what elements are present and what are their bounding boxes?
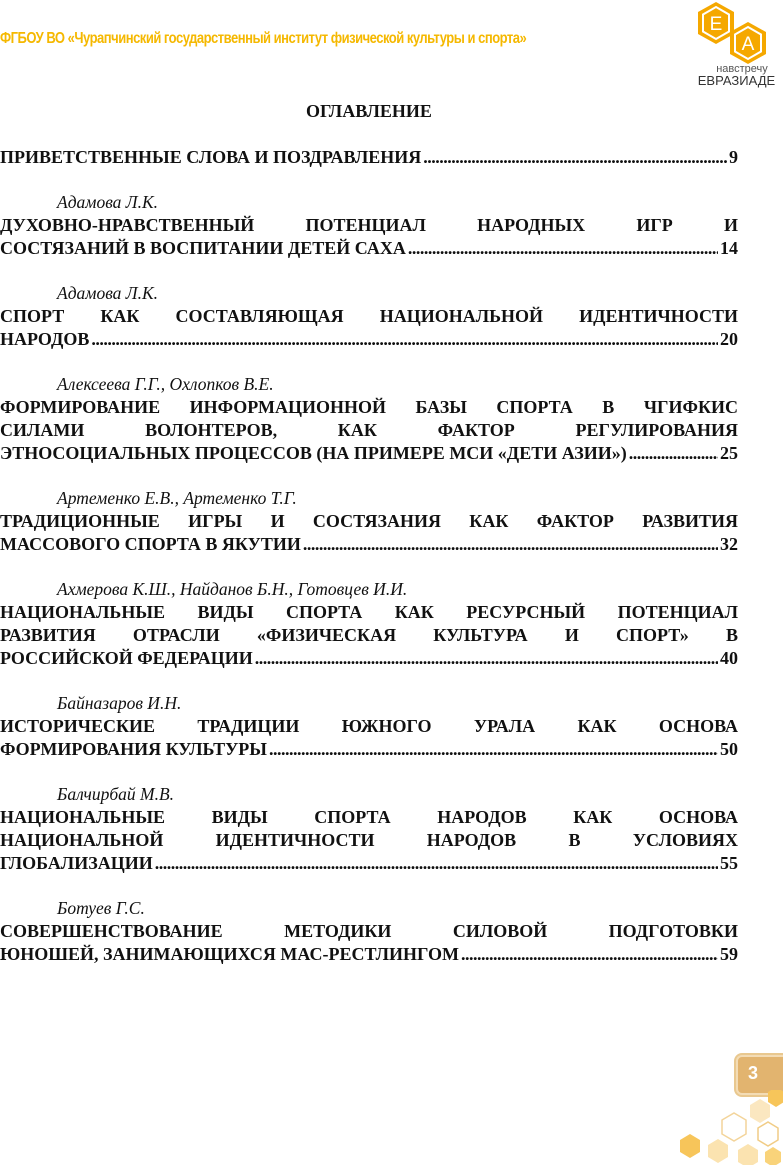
toc-entry-title-line: ТРАДИЦИОННЫЕ ИГРЫ И СОСТЯЗАНИЯ КАК ФАКТО… (0, 510, 738, 533)
toc-entry[interactable]: Ахмерова К.Ш., Найданов Б.Н., Готовцев И… (0, 578, 738, 670)
toc-entry-last-line: РОССИЙСКОЙ ФЕДЕРАЦИИ40 (0, 647, 738, 670)
toc-entry[interactable]: Байназаров И.Н.ИСТОРИЧЕСКИЕ ТРАДИЦИИ ЮЖН… (0, 692, 738, 761)
toc-entry-title-line: ИСТОРИЧЕСКИЕ ТРАДИЦИИ ЮЖНОГО УРАЛА КАК О… (0, 715, 738, 738)
toc-entry[interactable]: Адамова Л.К.ДУХОВНО-НРАВСТВЕННЫЙ ПОТЕНЦИ… (0, 191, 738, 260)
toc-entry-last-line: ЭТНОСОЦИАЛЬНЫХ ПРОЦЕССОВ (НА ПРИМЕРЕ МСИ… (0, 442, 738, 465)
toc-entry-last-line: ГЛОБАЛИЗАЦИИ55 (0, 852, 738, 875)
toc-entry-page-number[interactable]: 59 (720, 943, 738, 966)
dot-leader (91, 328, 718, 351)
toc-entry-title-end: СОСТЯЗАНИЙ В ВОСПИТАНИИ ДЕТЕЙ САХА (0, 237, 406, 260)
toc-entry[interactable]: Адамова Л.К.СПОРТ КАК СОСТАВЛЯЮЩАЯ НАЦИО… (0, 282, 738, 351)
toc-entry-author: Байназаров И.Н. (0, 692, 738, 714)
table-of-contents: ПРИВЕТСТВЕННЫЕ СЛОВА И ПОЗДРАВЛЕНИЯ9Адам… (0, 146, 738, 988)
toc-entry-author: Адамова Л.К. (0, 191, 738, 213)
toc-entry-title-end: МАССОВОГО СПОРТА В ЯКУТИИ (0, 533, 301, 556)
toc-entry-last-line: ФОРМИРОВАНИЯ КУЛЬТУРЫ50 (0, 738, 738, 761)
toc-entry-title-end: ГЛОБАЛИЗАЦИИ (0, 852, 153, 875)
page-number-badge: 3 (736, 1055, 783, 1095)
toc-entry-author: Ботуев Г.С. (0, 897, 738, 919)
toc-entry-title-line: НАЦИОНАЛЬНЫЕ ВИДЫ СПОРТА НАРОДОВ КАК ОСН… (0, 806, 738, 829)
toc-entry-page-number[interactable]: 20 (720, 328, 738, 351)
toc-entry-last-line: ЮНОШЕЙ, ЗАНИМАЮЩИХСЯ МАС-РЕСТЛИНГОМ59 (0, 943, 738, 966)
dot-leader (629, 442, 718, 465)
toc-entry-title-line: СПОРТ КАК СОСТАВЛЯЮЩАЯ НАЦИОНАЛЬНОЙ ИДЕН… (0, 305, 738, 328)
dot-leader (269, 738, 718, 761)
toc-entry-title-end: ФОРМИРОВАНИЯ КУЛЬТУРЫ (0, 738, 267, 761)
toc-entry-title-line: ДУХОВНО-НРАВСТВЕННЫЙ ПОТЕНЦИАЛ НАРОДНЫХ … (0, 214, 738, 237)
svg-text:А: А (742, 34, 755, 55)
toc-entry-title-end: ЭТНОСОЦИАЛЬНЫХ ПРОЦЕССОВ (НА ПРИМЕРЕ МСИ… (0, 442, 627, 465)
toc-entry-page-number[interactable]: 40 (720, 647, 738, 670)
toc-entry-title-end: ЮНОШЕЙ, ЗАНИМАЮЩИХСЯ МАС-РЕСТЛИНГОМ (0, 943, 459, 966)
toc-entry[interactable]: Балчирбай М.В.НАЦИОНАЛЬНЫЕ ВИДЫ СПОРТА Н… (0, 783, 738, 875)
toc-entry-title-line: НАЦИОНАЛЬНОЙ ИДЕНТИЧНОСТИ НАРОДОВ В УСЛО… (0, 829, 738, 852)
toc-entry-author: Балчирбай М.В. (0, 783, 738, 805)
toc-entry-author: Артеменко Е.В., Артеменко Т.Г. (0, 487, 738, 509)
dot-leader (408, 237, 718, 260)
toc-entry-title-end: РОССИЙСКОЙ ФЕДЕРАЦИИ (0, 647, 253, 670)
toc-entry-author: Алексеева Г.Г., Охлопков В.Е. (0, 373, 738, 395)
toc-entry-author: Ахмерова К.Ш., Найданов Б.Н., Готовцев И… (0, 578, 738, 600)
toc-entry-title-line: НАЦИОНАЛЬНЫЕ ВИДЫ СПОРТА КАК РЕСУРСНЫЙ П… (0, 601, 738, 624)
page-number: 3 (748, 1063, 758, 1084)
toc-entry-author: Адамова Л.К. (0, 282, 738, 304)
dot-leader (303, 533, 718, 556)
toc-entry-last-line: НАРОДОВ20 (0, 328, 738, 351)
toc-entry-last-line: МАССОВОГО СПОРТА В ЯКУТИИ32 (0, 533, 738, 556)
dot-leader (255, 647, 718, 670)
toc-entry-page-number[interactable]: 25 (720, 442, 738, 465)
toc-entry-page-number[interactable]: 14 (720, 237, 738, 260)
toc-entry-title-line: СИЛАМИ ВОЛОНТЕРОВ, КАК ФАКТОР РЕГУЛИРОВА… (0, 419, 738, 442)
institution-header: ФГБОУ ВО «Чурапчинский государственный и… (0, 30, 580, 48)
toc-entry-title-end: НАРОДОВ (0, 328, 89, 351)
toc-entry-page-number[interactable]: 32 (720, 533, 738, 556)
toc-entry-last-line: СОСТЯЗАНИЙ В ВОСПИТАНИИ ДЕТЕЙ САХА14 (0, 237, 738, 260)
toc-heading: ОГЛАВЛЕНИЕ (0, 101, 738, 122)
honeycomb-decoration-icon (660, 1090, 783, 1165)
toc-entry-page-number[interactable]: 55 (720, 852, 738, 875)
toc-entry[interactable]: Артеменко Е.В., Артеменко Т.Г.ТРАДИЦИОНН… (0, 487, 738, 556)
toc-entry-title-line: РАЗВИТИЯ ОТРАСЛИ «ФИЗИЧЕСКАЯ КУЛЬТУРА И … (0, 624, 738, 647)
dot-leader (461, 943, 718, 966)
dot-leader (423, 146, 727, 169)
svg-text:Е: Е (710, 14, 723, 35)
toc-entry-title-line: СОВЕРШЕНСТВОВАНИЕ МЕТОДИКИ СИЛОВОЙ ПОДГО… (0, 920, 738, 943)
toc-entry-page-number[interactable]: 9 (729, 146, 738, 169)
toc-entry[interactable]: ПРИВЕТСТВЕННЫЕ СЛОВА И ПОЗДРАВЛЕНИЯ9 (0, 146, 738, 169)
toc-entry[interactable]: Алексеева Г.Г., Охлопков В.Е.ФОРМИРОВАНИ… (0, 373, 738, 465)
toc-entry-page-number[interactable]: 50 (720, 738, 738, 761)
toc-entry-last-line: ПРИВЕТСТВЕННЫЕ СЛОВА И ПОЗДРАВЛЕНИЯ9 (0, 146, 738, 169)
toc-entry-title-line: ФОРМИРОВАНИЕ ИНФОРМАЦИОННОЙ БАЗЫ СПОРТА … (0, 396, 738, 419)
dot-leader (155, 852, 718, 875)
toc-entry-title-end: ПРИВЕТСТВЕННЫЕ СЛОВА И ПОЗДРАВЛЕНИЯ (0, 146, 421, 169)
logo-title: ЕВРАЗИАДЕ (690, 74, 783, 88)
toc-entry[interactable]: Ботуев Г.С.СОВЕРШЕНСТВОВАНИЕ МЕТОДИКИ СИ… (0, 897, 738, 966)
